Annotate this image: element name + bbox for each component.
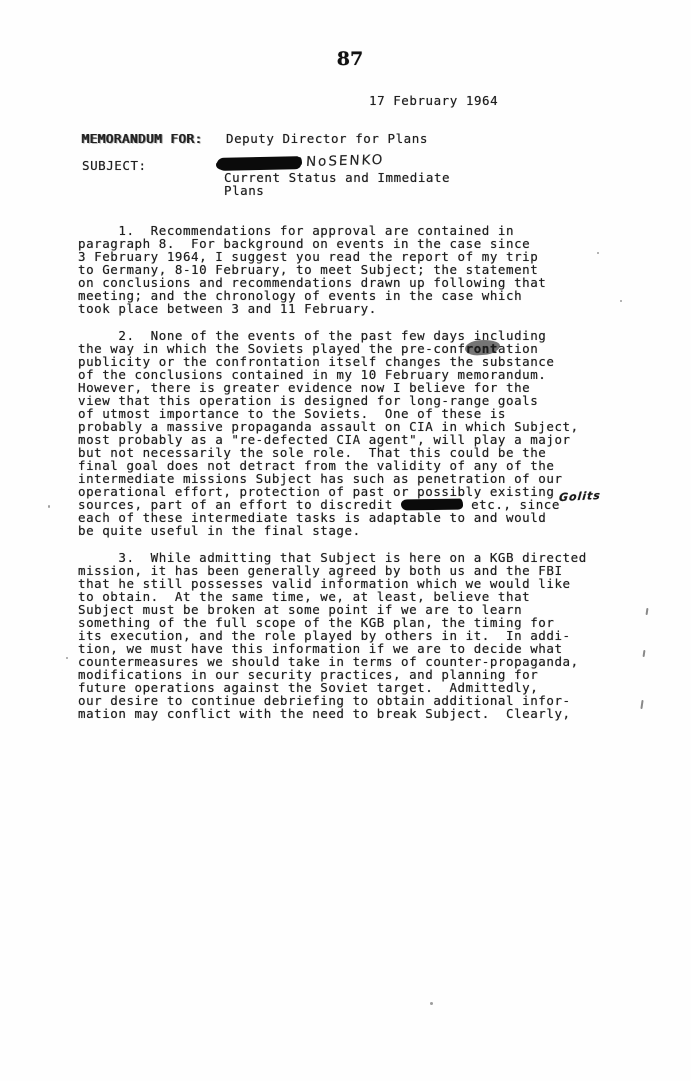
redaction xyxy=(401,499,463,511)
redaction-bar xyxy=(217,156,301,171)
page-number: 87 xyxy=(330,48,370,70)
margin-tick-mark xyxy=(646,608,649,615)
paragraph: 2. None of the events of the past few da… xyxy=(78,329,638,537)
date: 17 February 1964 xyxy=(369,93,498,108)
scan-noise-speck xyxy=(48,505,50,508)
body-text: 1. Recommendations for approval are cont… xyxy=(78,224,638,734)
text-line: be quite useful in the final stage. xyxy=(78,524,638,537)
paragraph: 1. Recommendations for approval are cont… xyxy=(78,224,638,315)
scan-noise-speck xyxy=(430,1002,433,1005)
subject-label: SUBJECT: xyxy=(82,158,147,173)
text-line: took place between 3 and 11 February. xyxy=(78,302,638,315)
document-page: 87 17 February 1964 MEMORANDUM FOR: Depu… xyxy=(0,0,691,1081)
text-line: mation may conflict with the need to bre… xyxy=(78,707,638,720)
memo-recipient: Deputy Director for Plans xyxy=(226,131,428,146)
scan-noise-speck xyxy=(66,657,68,659)
memo-for-label: MEMORANDUM FOR: xyxy=(82,131,203,146)
subject-line-3: Plans xyxy=(224,183,264,198)
margin-note: Golits xyxy=(558,489,601,504)
scan-noise-speck xyxy=(620,300,622,302)
margin-tick-mark xyxy=(643,650,646,657)
paragraph: 3. While admitting that Subject is here … xyxy=(78,551,638,720)
margin-tick-mark xyxy=(640,700,643,709)
scan-noise-speck xyxy=(597,252,599,254)
handwritten-name-annotation: NoSENKO xyxy=(306,152,385,170)
